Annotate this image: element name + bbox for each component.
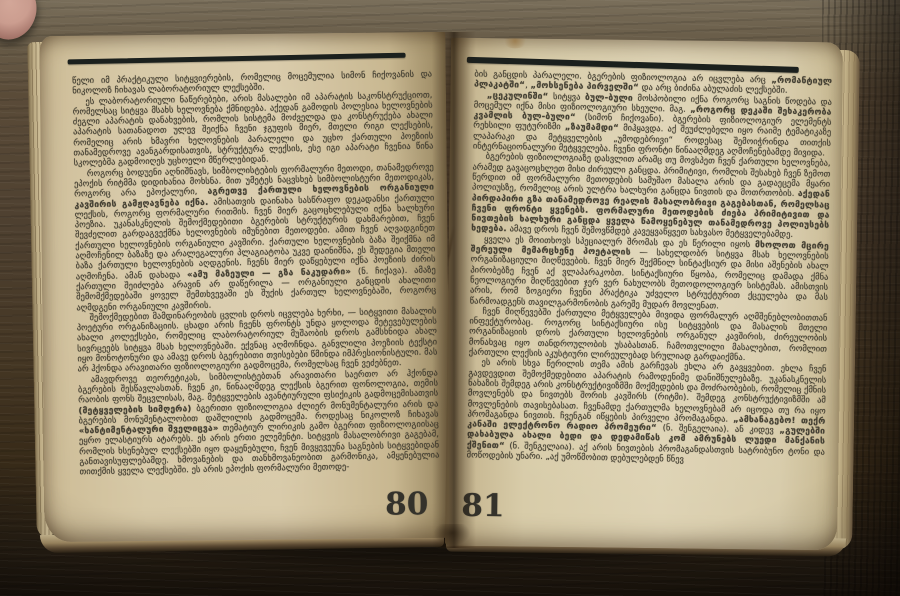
photo-vignette	[0, 0, 900, 596]
book-photograph: წელი იმ პრაქტიკული სიტყვიერების, რომელიც…	[0, 0, 900, 596]
